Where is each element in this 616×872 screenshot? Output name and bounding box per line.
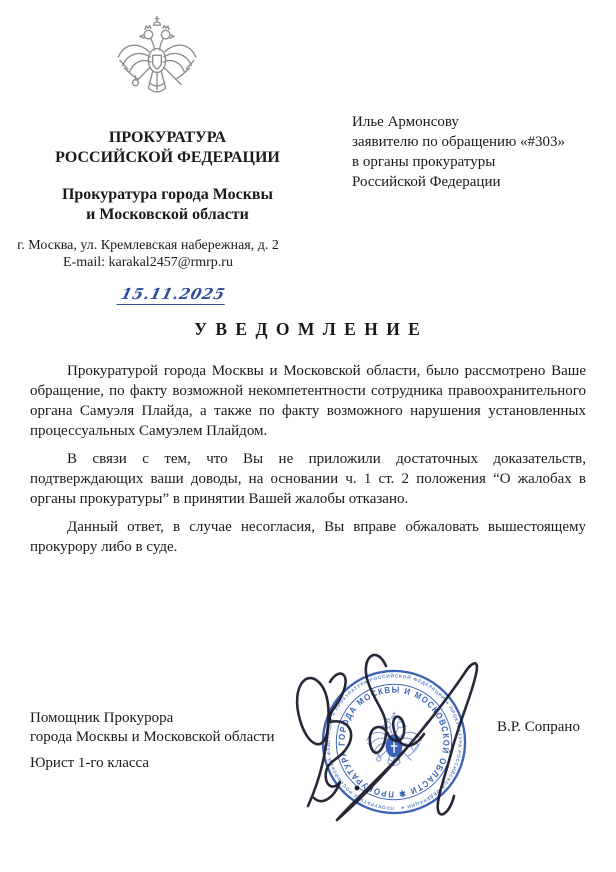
signer-name: В.Р. Сопрано [497, 719, 580, 736]
org-name-line2: РОССИЙСКОЙ ФЕДЕРАЦИИ [20, 148, 315, 168]
handwritten-signature [278, 630, 493, 830]
signer-rank: Юрист 1-го класса [30, 754, 274, 773]
document-title: У В Е Д О М Л Е Н И Е [0, 319, 616, 340]
email-address: E-mail: karakal2457@rmrp.ru [0, 254, 304, 271]
letterhead-contact-block: г. Москва, ул. Кремлевская набережная, д… [0, 237, 304, 271]
body-paragraph-2: В связи с тем, что Вы не приложили доста… [30, 449, 586, 509]
postal-address: г. Москва, ул. Кремлевская набережная, д… [0, 237, 304, 254]
department-line1: Прокуратура города Москвы [20, 185, 315, 205]
coat-of-arms-icon [114, 12, 200, 114]
signer-position-line2: города Москвы и Московской области [30, 728, 274, 747]
recipient-name: Илье Армонсову [352, 112, 602, 132]
signer-position-line1: Помощник Прокурора [30, 709, 274, 728]
letterhead-org-block: ПРОКУРАТУРА РОССИЙСКОЙ ФЕДЕРАЦИИ Прокура… [20, 128, 315, 225]
recipient-line: Российской Федерации [352, 172, 602, 192]
org-name-line1: ПРОКУРАТУРА [20, 128, 315, 148]
date-block: 15.11.2025 [118, 285, 228, 305]
recipient-block: Илье Армонсову заявителю по обращению «#… [352, 112, 602, 192]
signer-position-block: Помощник Прокурора города Москвы и Моско… [30, 709, 274, 773]
handwritten-date: 15.11.2025 [117, 285, 230, 305]
document-body: Прокуратурой города Москвы и Московской … [30, 361, 586, 565]
body-paragraph-1: Прокуратурой города Москвы и Московской … [30, 361, 586, 441]
recipient-line: в органы прокуратуры [352, 152, 602, 172]
department-line2: и Московской области [20, 205, 315, 225]
prosecutor-notification-letter: { "letterhead": { "org_line1": "ПРОКУРАТ… [0, 0, 616, 872]
recipient-line: заявителю по обращению «#303» [352, 132, 602, 152]
body-paragraph-3: Данный ответ, в случае несогласия, Вы вп… [30, 517, 586, 557]
